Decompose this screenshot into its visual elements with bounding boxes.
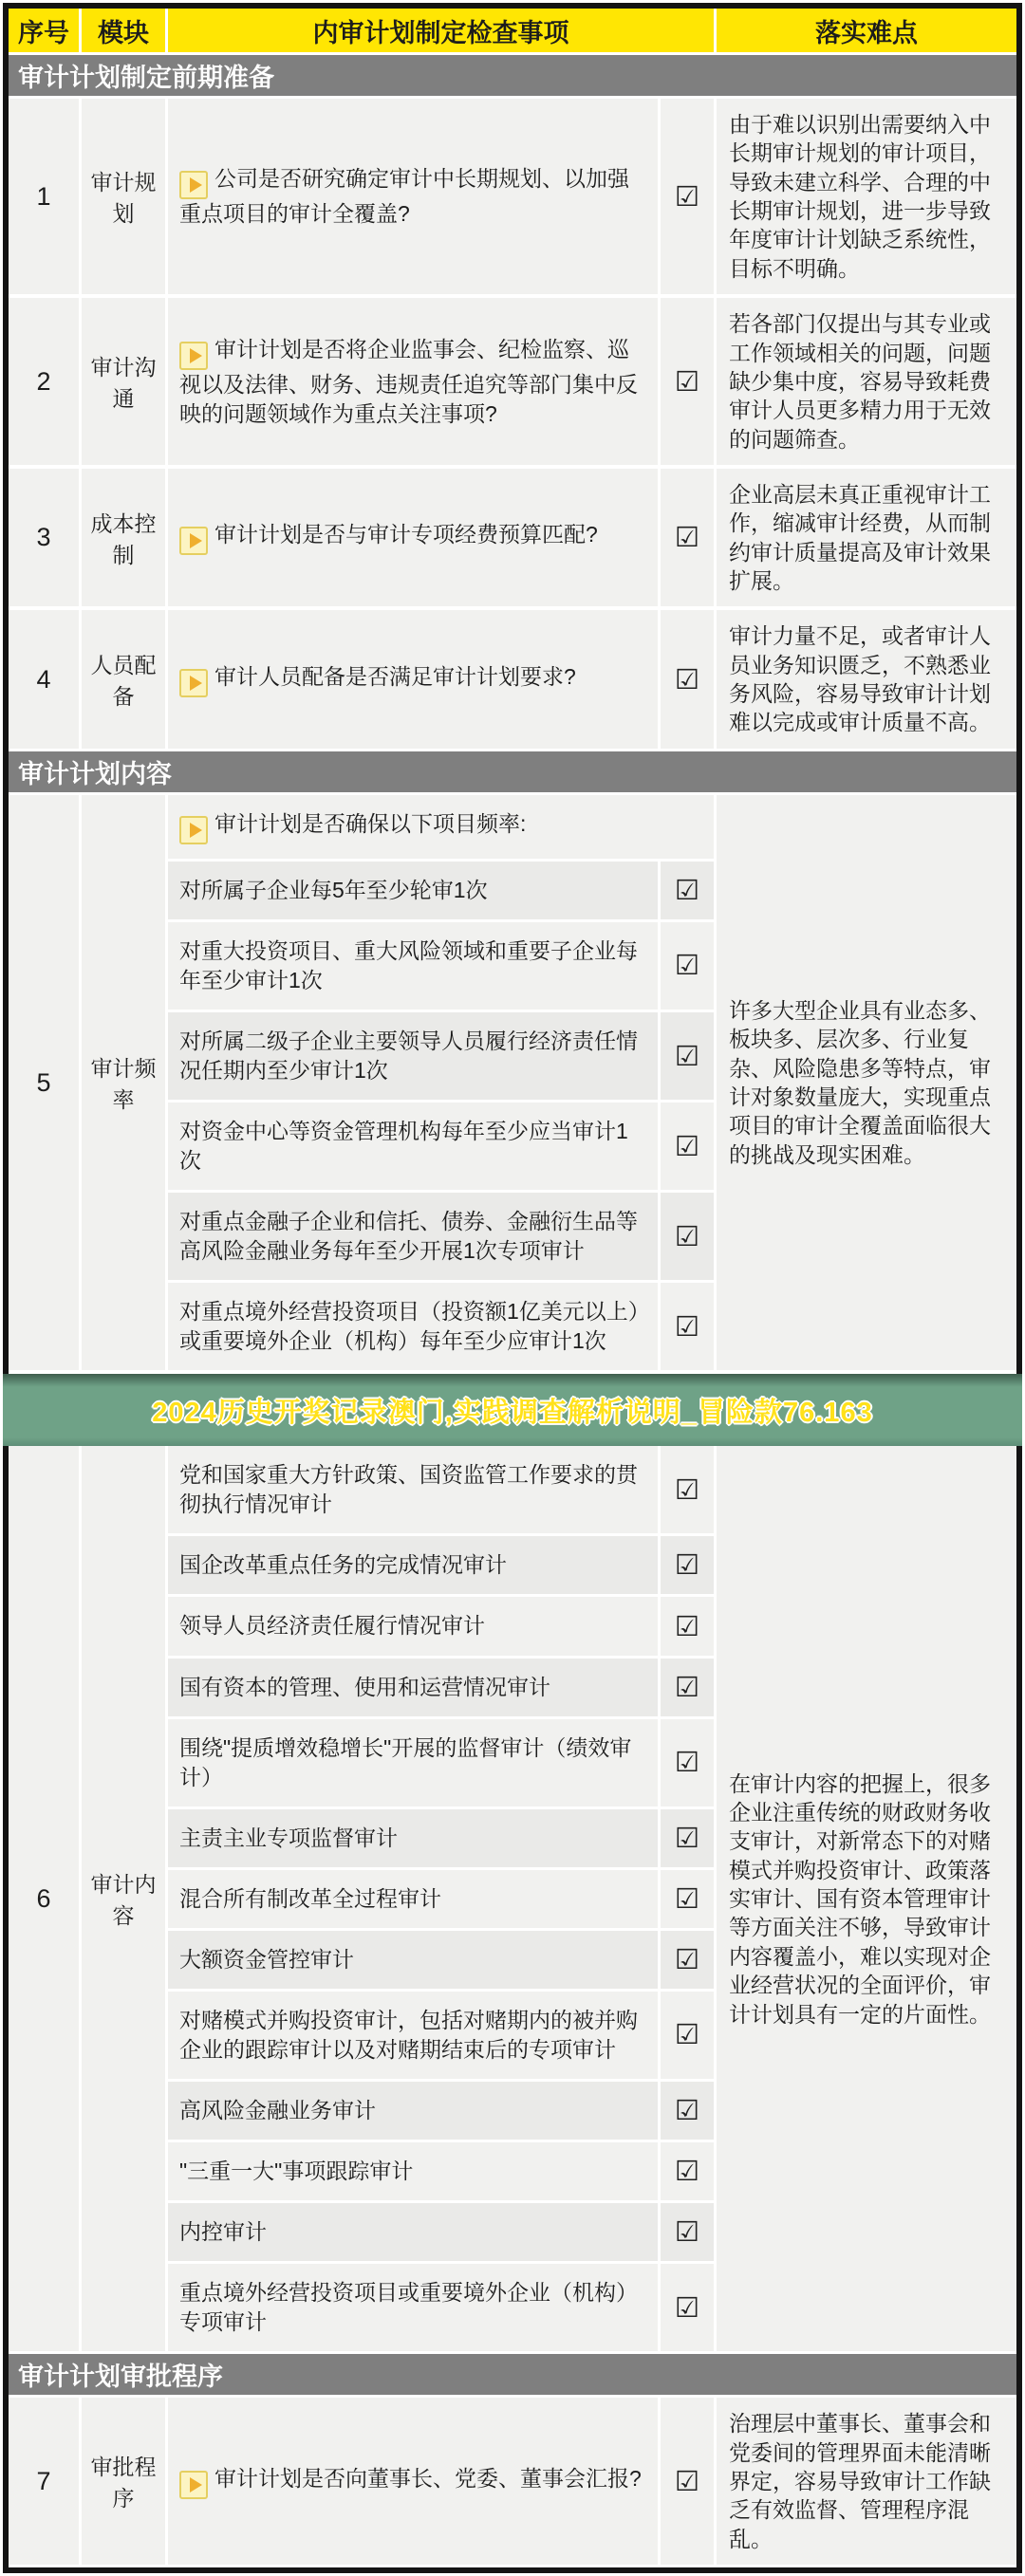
- checkbox-icon[interactable]: ☑: [661, 2082, 714, 2140]
- play-icon[interactable]: [179, 527, 208, 555]
- section-header: 审计计划制定前期准备: [9, 55, 1016, 96]
- difficulty-cell: 若各部门仅提出与其专业或工作领域相关的问题，问题缺少集中度，容易导致耗费审计人员…: [717, 298, 1016, 465]
- module-cell: 审计沟通: [82, 298, 165, 465]
- item-text: 对重大投资项目、重大风险领域和重要子企业每年至少审计1次: [179, 938, 638, 992]
- item-text: 混合所有制改革全过程审计: [179, 1886, 441, 1911]
- difficulty-cell: 企业高层未真正重视审计工作，缩减审计经费，从而制约审计质量提高及审计效果扩展。: [717, 469, 1016, 606]
- table-row: 7 审批程序 审计计划是否向董事长、党委、董事会汇报? ☑ 治理层中董事长、董事…: [9, 2398, 1016, 2565]
- check-item: 党和国家重大方针政策、国资监管工作要求的贯彻执行情况审计 ☑: [168, 1446, 714, 1533]
- play-icon[interactable]: [179, 669, 208, 697]
- check-item: 审计计划是否向董事长、党委、董事会汇报? ☑: [168, 2398, 714, 2565]
- checkbox-icon[interactable]: ☑: [661, 1103, 714, 1190]
- module-cell: 审计内容: [82, 1446, 165, 2351]
- difficulty-cell: 许多大型企业具有业态多、板块多、层次多、行业复杂、风险隐患多等特点，审计对象数量…: [717, 795, 1016, 1371]
- checkbox-icon[interactable]: ☑: [661, 862, 714, 919]
- check-item: 审计人员配备是否满足审计计划要求? ☑: [168, 610, 714, 748]
- item-text: 对所属子企业每5年至少轮审1次: [179, 878, 488, 902]
- column-header-module: 模块: [82, 9, 165, 52]
- module-cell: 人员配备: [82, 610, 165, 748]
- item-text: 对赌模式并购投资审计，包括对赌期内的被并购企业的跟踪审计以及对赌期结束后的专项审…: [179, 2008, 638, 2062]
- difficulty-cell: 审计力量不足，或者审计人员业务知识匮乏，不熟悉业务风险，容易导致审计计划难以完成…: [717, 610, 1016, 748]
- check-item: 对重大投资项目、重大风险领域和重要子企业每年至少审计1次 ☑: [168, 922, 714, 1010]
- play-icon[interactable]: [179, 342, 208, 370]
- item-text: "三重一大"事项跟踪审计: [179, 2159, 413, 2183]
- item-text: 大额资金管控审计: [179, 1947, 354, 1972]
- module-cell: 审批程序: [82, 2398, 165, 2565]
- checkbox-icon[interactable]: ☑: [661, 2142, 714, 2200]
- checkbox-icon[interactable]: ☑: [661, 1536, 714, 1594]
- difficulty-cell: 治理层中董事长、董事会和党委间的管理界面未能清晰界定，容易导致审计工作缺乏有效监…: [717, 2398, 1016, 2565]
- table-row: 1 审计规划 公司是否研究确定审计中长期规划、以加强重点项目的审计全覆盖? ☑ …: [9, 99, 1016, 294]
- section-header: 审计计划内容: [9, 751, 1016, 792]
- item-text: 内控审计: [179, 2219, 267, 2244]
- checkbox-icon[interactable]: ☑: [661, 1597, 714, 1655]
- table-row: 3 成本控制 审计计划是否与审计专项经费预算匹配? ☑ 企业高层未真正重视审计工…: [9, 469, 1016, 606]
- check-item: 国企改革重点任务的完成情况审计 ☑: [168, 1536, 714, 1594]
- column-header-no: 序号: [9, 9, 79, 52]
- item-text: 围绕"提质增效稳增长"开展的监督审计（绩效审计）: [179, 1735, 631, 1789]
- check-item: 内控审计 ☑: [168, 2203, 714, 2261]
- checkbox-icon[interactable]: ☑: [661, 1193, 714, 1280]
- checkbox-icon[interactable]: ☑: [661, 1012, 714, 1100]
- difficulty-cell: 由于难以识别出需要纳入中长期审计规划的审计项目，导致未建立科学、合理的中长期审计…: [717, 99, 1016, 294]
- item-text: 对重点金融子企业和信托、债券、金融衍生品等高风险金融业务每年至少开展1次专项审计: [179, 1209, 638, 1263]
- item-text: 对所属二级子企业主要领导人员履行经济责任情况任期内至少审计1次: [179, 1029, 638, 1083]
- check-item: 高风险金融业务审计 ☑: [168, 2082, 714, 2140]
- play-icon[interactable]: [179, 816, 208, 844]
- checkbox-icon[interactable]: ☑: [661, 469, 714, 606]
- item-text: 领导人员经济责任履行情况审计: [179, 1613, 485, 1638]
- checkbox-icon[interactable]: ☑: [661, 1283, 714, 1370]
- item-text: 审计计划是否将企业监事会、纪检监察、巡视以及法律、财务、违规责任追究等部门集中反…: [179, 337, 638, 426]
- checkbox-icon[interactable]: ☑: [661, 922, 714, 1010]
- check-item: 审计计划是否将企业监事会、纪检监察、巡视以及法律、财务、违规责任追究等部门集中反…: [168, 298, 714, 465]
- checkbox-icon[interactable]: ☑: [661, 2203, 714, 2261]
- module-cell: 成本控制: [82, 469, 165, 606]
- checkbox-icon[interactable]: ☑: [661, 1992, 714, 2079]
- checkbox-icon[interactable]: ☑: [661, 2264, 714, 2351]
- table-row: 4 人员配备 审计人员配备是否满足审计计划要求? ☑ 审计力量不足，或者审计人员…: [9, 610, 1016, 748]
- check-item: 重点境外经营投资项目或重要境外企业（机构）专项审计 ☑: [168, 2264, 714, 2351]
- item-text: 公司是否研究确定审计中长期规划、以加强重点项目的审计全覆盖?: [179, 166, 629, 226]
- item-text: 重点境外经营投资项目或重要境外企业（机构）专项审计: [179, 2280, 638, 2334]
- checkbox-icon[interactable]: ☑: [661, 1446, 714, 1533]
- checkbox-icon[interactable]: ☑: [661, 1809, 714, 1867]
- row-number: 3: [9, 469, 79, 606]
- row-number: 7: [9, 2398, 79, 2565]
- table-row: 6 审计内容 党和国家重大方针政策、国资监管工作要求的贯彻执行情况审计 ☑ 国企…: [9, 1446, 1016, 2351]
- column-header-difficulty: 落实难点: [717, 9, 1016, 52]
- check-item: 公司是否研究确定审计中长期规划、以加强重点项目的审计全覆盖? ☑: [168, 99, 714, 294]
- module-cell: 审计规划: [82, 99, 165, 294]
- row-number: 5: [9, 795, 79, 1371]
- item-text: 国企改革重点任务的完成情况审计: [179, 1552, 507, 1577]
- table-header-row: 序号 模块 内审计划制定检查事项 落实难点: [9, 9, 1016, 52]
- column-header-items: 内审计划制定检查事项: [168, 9, 714, 52]
- checkbox-icon[interactable]: ☑: [661, 1659, 714, 1716]
- section-preparation: 审计计划制定前期准备 1 审计规划 公司是否研究确定审计中长期规划、以加强重点项…: [9, 55, 1016, 749]
- check-item: 主责主业专项监督审计 ☑: [168, 1809, 714, 1867]
- checkbox-icon[interactable]: ☑: [661, 1719, 714, 1807]
- check-item: 围绕"提质增效稳增长"开展的监督审计（绩效审计） ☑: [168, 1719, 714, 1807]
- item-text: 对重点境外经营投资项目（投资额1亿美元以上）或重要境外企业（机构）每年至少应审计…: [179, 1299, 639, 1353]
- item-text: 审计计划是否与审计专项经费预算匹配?: [214, 522, 598, 547]
- section-plan-content: 审计计划内容 5 审计频率 审计计划是否确保以下项目频率: 对所属子企业每5年至…: [9, 751, 1016, 2351]
- check-item: 国有资本的管理、使用和运营情况审计 ☑: [168, 1659, 714, 1716]
- checkbox-icon[interactable]: ☑: [661, 99, 714, 294]
- table-row: 5 审计频率 审计计划是否确保以下项目频率: 对所属子企业每5年至少轮审1次 ☑…: [9, 795, 1016, 1371]
- item-text: 主责主业专项监督审计: [179, 1825, 398, 1850]
- item-text: 审计计划是否确保以下项目频率:: [214, 811, 526, 836]
- checkbox-icon[interactable]: ☑: [661, 2398, 714, 2565]
- ad-banner[interactable]: 2024历史开奖记录澳门,实践调查解析说明_冒险款76.163: [3, 1374, 1022, 1446]
- row-number: 4: [9, 610, 79, 748]
- audit-checklist-table: 序号 模块 内审计划制定检查事项 落实难点 审计计划制定前期准备 1 审计规划 …: [3, 3, 1022, 2573]
- check-item: 对所属子企业每5年至少轮审1次 ☑: [168, 862, 714, 919]
- item-text: 国有资本的管理、使用和运营情况审计: [179, 1675, 550, 1699]
- check-item: 大额资金管控审计 ☑: [168, 1931, 714, 1989]
- check-item: 领导人员经济责任履行情况审计 ☑: [168, 1597, 714, 1655]
- check-item: 对赌模式并购投资审计，包括对赌期内的被并购企业的跟踪审计以及对赌期结束后的专项审…: [168, 1992, 714, 2079]
- item-text: 高风险金融业务审计: [179, 2098, 376, 2122]
- ad-banner-text: 2024历史开奖记录澳门,实践调查解析说明_冒险款76.163: [152, 1391, 872, 1430]
- section-approval: 审计计划审批程序 7 审批程序 审计计划是否向董事长、党委、董事会汇报? ☑ 治…: [9, 2354, 1016, 2565]
- item-text: 审计人员配备是否满足审计计划要求?: [214, 664, 576, 689]
- item-text: 审计计划是否向董事长、党委、董事会汇报?: [214, 2466, 642, 2491]
- row-number: 1: [9, 99, 79, 294]
- check-item: "三重一大"事项跟踪审计 ☑: [168, 2142, 714, 2200]
- play-icon[interactable]: [179, 171, 208, 199]
- check-item: 对重点境外经营投资项目（投资额1亿美元以上）或重要境外企业（机构）每年至少应审计…: [168, 1283, 714, 1370]
- module-cell: 审计频率: [82, 795, 165, 1371]
- item-text: 党和国家重大方针政策、国资监管工作要求的贯彻执行情况审计: [179, 1462, 638, 1516]
- checkbox-icon[interactable]: ☑: [661, 610, 714, 748]
- check-item: 对所属二级子企业主要领导人员履行经济责任情况任期内至少审计1次 ☑: [168, 1012, 714, 1100]
- check-item: 审计计划是否与审计专项经费预算匹配? ☑: [168, 469, 714, 606]
- row-number: 6: [9, 1446, 79, 2351]
- check-item: 对重点金融子企业和信托、债券、金融衍生品等高风险金融业务每年至少开展1次专项审计…: [168, 1193, 714, 1280]
- check-item: 对资金中心等资金管理机构每年至少应当审计1次 ☑: [168, 1103, 714, 1190]
- item-text: 对资金中心等资金管理机构每年至少应当审计1次: [179, 1119, 628, 1173]
- table-row: 2 审计沟通 审计计划是否将企业监事会、纪检监察、巡视以及法律、财务、违规责任追…: [9, 298, 1016, 465]
- play-icon[interactable]: [179, 2471, 208, 2499]
- checkbox-icon[interactable]: ☑: [661, 1870, 714, 1928]
- difficulty-cell: 在审计内容的把握上，很多企业注重传统的财政财务收支审计，对新常态下的对赌模式并购…: [717, 1446, 1016, 2351]
- row-number: 2: [9, 298, 79, 465]
- checkbox-icon[interactable]: ☑: [661, 298, 714, 465]
- checkbox-icon[interactable]: ☑: [661, 1931, 714, 1989]
- check-item: 审计计划是否确保以下项目频率:: [168, 795, 714, 859]
- section-header: 审计计划审批程序: [9, 2354, 1016, 2395]
- check-item: 混合所有制改革全过程审计 ☑: [168, 1870, 714, 1928]
